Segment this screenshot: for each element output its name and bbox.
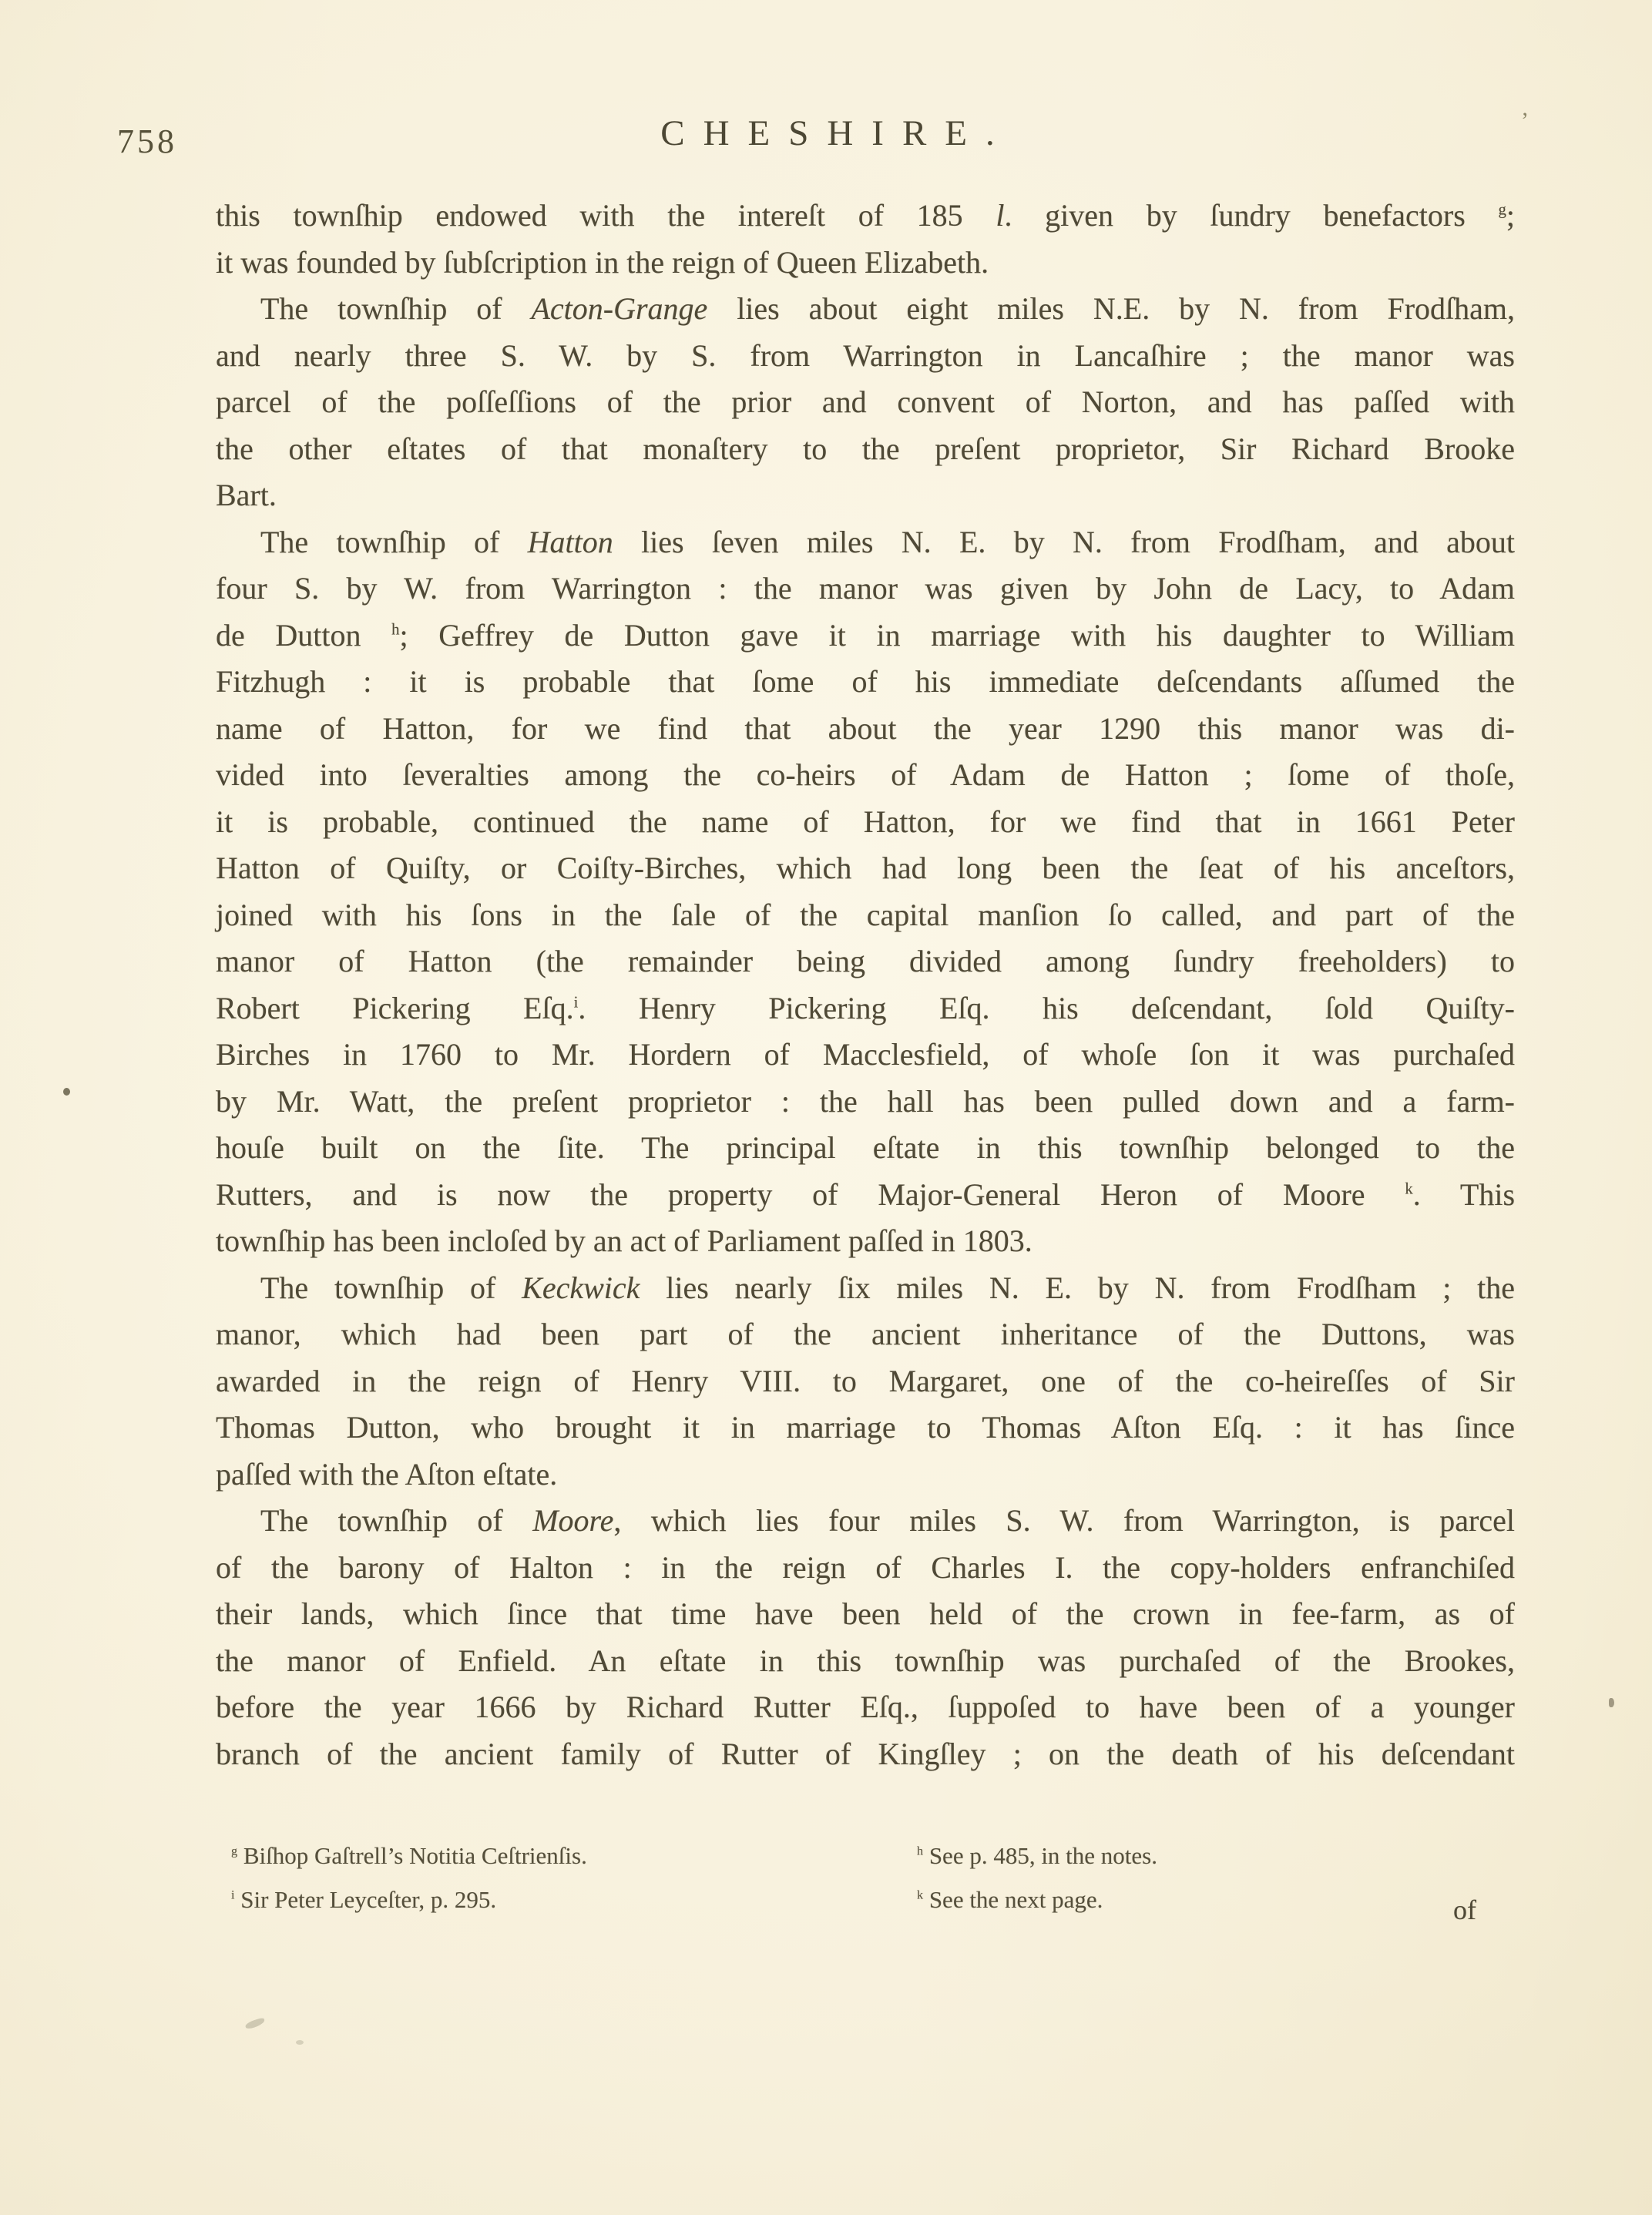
text-line: their lands, which ſince that time have … bbox=[216, 1591, 1515, 1638]
text-line: The townſhip of Keckwick lies nearly ſix… bbox=[216, 1265, 1515, 1312]
text-line: joined with his ſons in the ſale of the … bbox=[216, 892, 1515, 939]
text-block: this townſhip endowed with the intereſt … bbox=[216, 193, 1515, 1777]
book-page: 758 CHESHIRE. ’ this townſhip endowed wi… bbox=[0, 0, 1652, 2215]
ink-speck bbox=[63, 1088, 70, 1096]
text-line: name of Hatton, for we find that about t… bbox=[216, 706, 1515, 753]
scanned-book-page: { "colors": { "paper": "#f6efda", "ink":… bbox=[0, 0, 1652, 2215]
footnote-column-left: g Biſhop Gaſtrell’s Notitia Ceſtrienſis.… bbox=[231, 1834, 894, 1921]
text-line: manor of Hatton (the remainder being div… bbox=[216, 938, 1515, 985]
text-line: of the barony of Halton : in the reign o… bbox=[216, 1545, 1515, 1592]
text-line: townſhip has been incloſed by an act of … bbox=[216, 1218, 1515, 1265]
ink-speck bbox=[296, 2040, 304, 2045]
text-line: and nearly three S. W. by S. from Warrin… bbox=[216, 333, 1515, 380]
text-line: awarded in the reign of Henry VIII. to M… bbox=[216, 1358, 1515, 1405]
text-line: manor, which had been part of the ancien… bbox=[216, 1311, 1515, 1358]
text-line: Thomas Dutton, who brought it in marriag… bbox=[216, 1405, 1515, 1451]
footnote: i Sir Peter Leyceſter, p. 295. bbox=[231, 1878, 894, 1921]
text-line: this townſhip endowed with the intereſt … bbox=[216, 193, 1515, 240]
text-line: branch of the ancient family of Rutter o… bbox=[216, 1731, 1515, 1778]
text-line: Bart. bbox=[216, 472, 1515, 519]
text-line: The townſhip of Acton-Grange lies about … bbox=[216, 286, 1515, 333]
text-line: paſſed with the Aſton eſtate. bbox=[216, 1451, 1515, 1498]
text-line: Fitzhugh : it is probable that ſome of h… bbox=[216, 659, 1515, 706]
stray-mark: ’ bbox=[1521, 108, 1529, 134]
text-line: Birches in 1760 to Mr. Hordern of Maccle… bbox=[216, 1032, 1515, 1079]
running-header: CHESHIRE. bbox=[11, 112, 1652, 154]
text-line: vided into ſeveralties among the co-heir… bbox=[216, 752, 1515, 799]
text-line: de Dutton h; Geffrey de Dutton gave it i… bbox=[216, 612, 1515, 659]
text-line: the manor of Enfield. An eſtate in this … bbox=[216, 1638, 1515, 1685]
text-line: before the year 1666 by Richard Rutter E… bbox=[216, 1684, 1515, 1731]
footnote: g Biſhop Gaſtrell’s Notitia Ceſtrienſis. bbox=[231, 1834, 894, 1878]
footnote-column-right: h See p. 485, in the notes.k See the nex… bbox=[917, 1834, 1425, 1921]
footnote: k See the next page. bbox=[917, 1878, 1425, 1921]
text-line: The townſhip of Hatton lies ſeven miles … bbox=[216, 519, 1515, 566]
text-line: it is probable, continued the name of Ha… bbox=[216, 799, 1515, 846]
text-line: Hatton of Quiſty, or Coiſty-Birches, whi… bbox=[216, 845, 1515, 892]
ink-speck bbox=[1609, 1698, 1614, 1707]
text-line: houſe built on the ſite. The principal e… bbox=[216, 1125, 1515, 1172]
text-line: Robert Pickering Eſq.i. Henry Pickering … bbox=[216, 985, 1515, 1032]
text-line: it was founded by ſubſcription in the re… bbox=[216, 240, 1515, 287]
text-line: by Mr. Watt, the preſent proprietor : th… bbox=[216, 1079, 1515, 1126]
text-line: Rutters, and is now the property of Majo… bbox=[216, 1172, 1515, 1219]
text-line: The townſhip of Moore, which lies four m… bbox=[216, 1498, 1515, 1545]
text-line: the other eſtates of that monaſtery to t… bbox=[216, 426, 1515, 473]
text-line: four S. by W. from Warrington : the mano… bbox=[216, 565, 1515, 612]
ink-speck bbox=[244, 2017, 266, 2030]
footnote: h See p. 485, in the notes. bbox=[917, 1834, 1425, 1878]
catchword: of bbox=[1453, 1894, 1476, 1926]
text-line: parcel of the poſſeſſions of the prior a… bbox=[216, 379, 1515, 426]
